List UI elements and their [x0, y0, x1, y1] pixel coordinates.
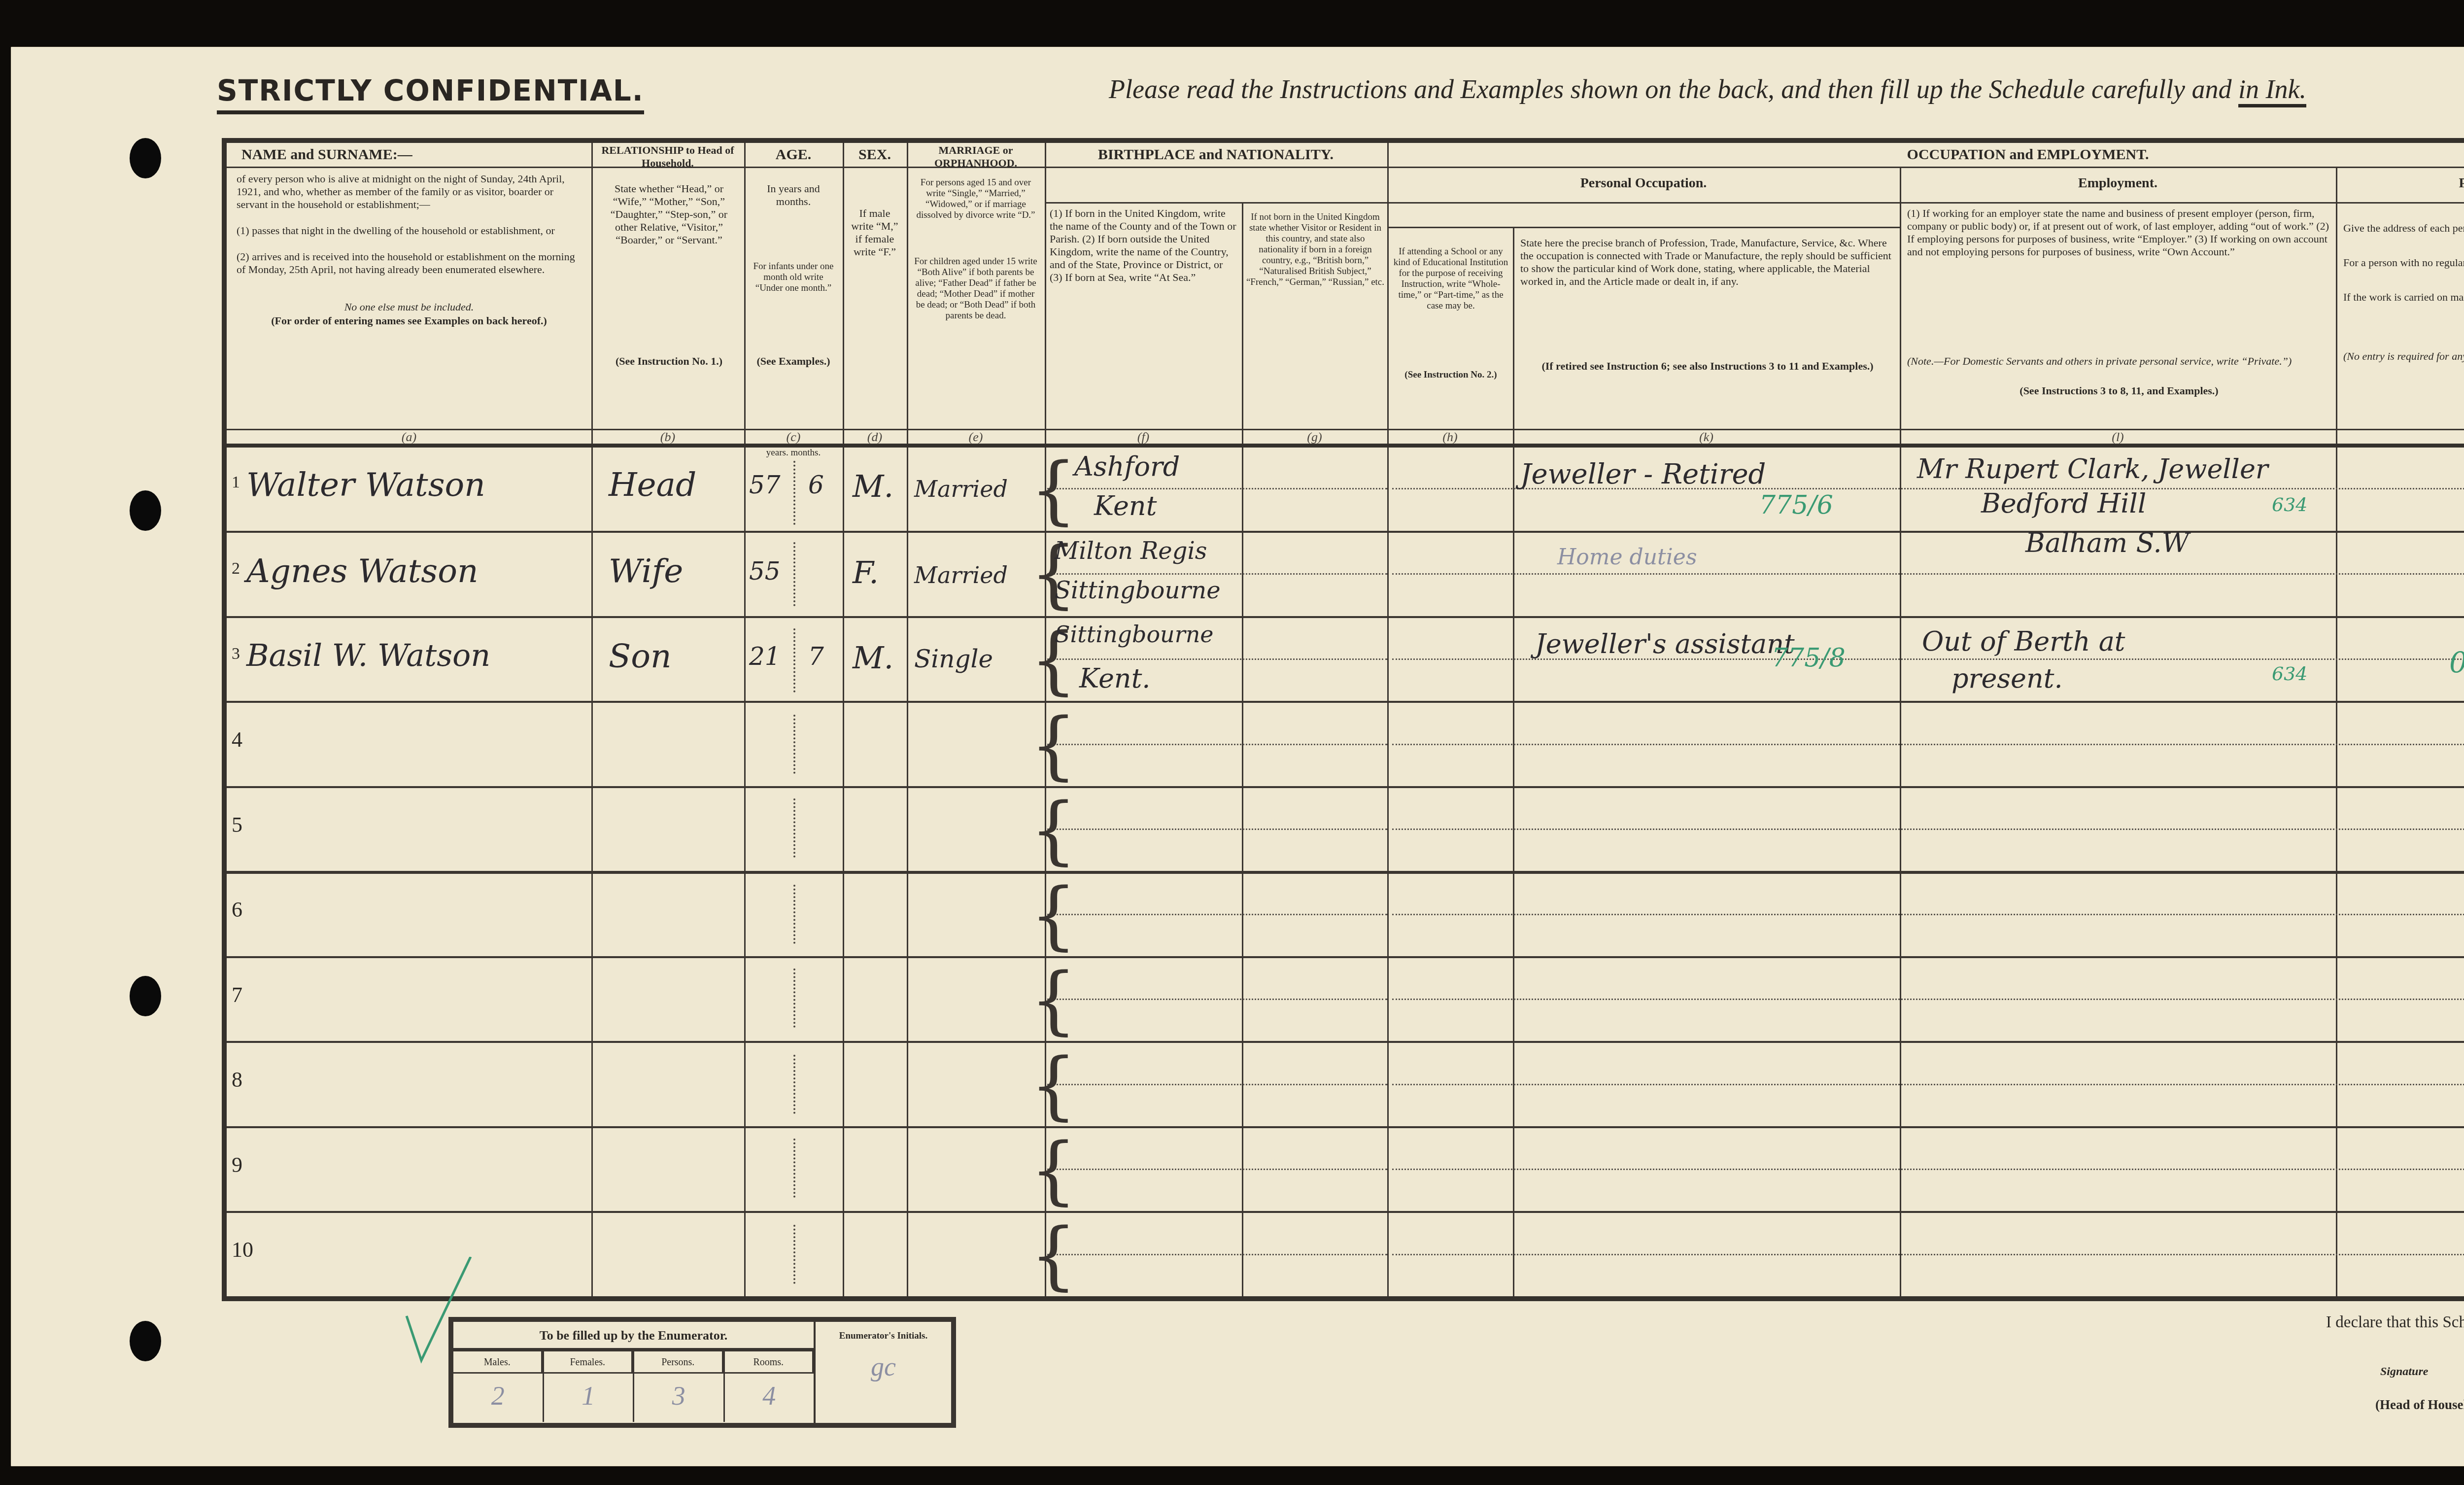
- enumerator-summary-title: To be filled up by the Enumerator.: [453, 1322, 814, 1351]
- relationship-column-body: State whether “Head,” or “Wife,” “Mother…: [599, 182, 739, 246]
- household-schedule-table: NAME and SURNAME:— of every person who i…: [222, 138, 2464, 1301]
- row-number: 5: [232, 812, 242, 837]
- person-sex: M.: [853, 468, 893, 504]
- employment-l-note: (Note.—For Domestic Servants and others …: [1907, 355, 2331, 368]
- months-label: months.: [790, 448, 821, 458]
- employment-code: 634: [2272, 494, 2308, 516]
- mid-row-rule: [1392, 999, 2464, 1000]
- persons-cell: Persons.3: [634, 1351, 725, 1422]
- header-rule: [2336, 202, 2464, 204]
- col-divider: [843, 143, 844, 1296]
- brace-mark: {: [1030, 1134, 1077, 1208]
- occupation-code: 775/8: [1772, 643, 1846, 673]
- column-letter-h: (h): [1387, 430, 1513, 445]
- mid-row-rule: [1047, 914, 1387, 915]
- employment-title: Employment.: [1901, 175, 2335, 191]
- males-count: 2: [453, 1374, 543, 1418]
- person-marital-status: Married: [914, 562, 1008, 588]
- age-divider: [793, 542, 795, 606]
- header-rule: [1045, 202, 1387, 204]
- person-occupation: Home duties: [1557, 545, 1697, 570]
- age-divider: [793, 968, 795, 1028]
- name-column-title: NAME and SURNAME:—: [232, 147, 586, 163]
- age-divider: [793, 1055, 795, 1114]
- row-number: 2: [232, 559, 240, 578]
- row-divider: [227, 1126, 2464, 1128]
- employment-l-body: (1) If working for an employer state the…: [1907, 207, 2331, 258]
- sex-column-body: If male write “M,” if female write “F.”: [849, 207, 901, 258]
- females-cell: Females.1: [544, 1351, 635, 1422]
- brace-mark: {: [1030, 794, 1077, 867]
- header-rule: [1387, 227, 1900, 228]
- person-age-years: 55: [749, 557, 781, 586]
- instruction-line: Please read the Instructions and Example…: [1109, 74, 2306, 104]
- enumerator-summary-box: To be filled up by the Enumerator. Males…: [448, 1317, 956, 1428]
- marriage-adult-rule: For persons aged 15 and over write “Sing…: [913, 177, 1039, 221]
- row-divider: [227, 1211, 2464, 1213]
- person-birthplace-county: Kent.: [1079, 663, 1151, 694]
- rooms-label: Rooms.: [725, 1351, 814, 1374]
- place-m-body-2: For a person with no regular place of wo…: [2343, 256, 2464, 269]
- punch-hole: [130, 138, 161, 178]
- row-number: 10: [232, 1237, 253, 1262]
- col-divider: [1387, 143, 1389, 1296]
- rooms-count: 4: [725, 1374, 814, 1418]
- brace-mark: {: [1030, 879, 1077, 953]
- place-m-body-1: Give the address of each person's place …: [2343, 222, 2464, 235]
- age-column-title: AGE.: [745, 147, 842, 163]
- person-relationship: Head: [609, 466, 696, 504]
- person-birthplace-county: Kent: [1094, 490, 1157, 521]
- age-column-body: In years and months.: [749, 182, 838, 208]
- punch-hole: [130, 490, 161, 531]
- name-column-note: No one else must be included.: [237, 301, 582, 313]
- mid-row-rule: [1047, 1084, 1387, 1085]
- occupation-h-body: If attending a School or any kind of Edu…: [1391, 246, 1511, 311]
- brace-mark: {: [1030, 964, 1077, 1037]
- age-divider: [793, 885, 795, 944]
- mid-row-rule: [1047, 1254, 1387, 1255]
- brace-mark: {: [1030, 1219, 1077, 1293]
- column-letter-b: (b): [591, 430, 744, 445]
- employment-code: 634: [2272, 663, 2308, 685]
- column-letter-d: (d): [843, 430, 907, 445]
- column-letter-k: (k): [1513, 430, 1900, 445]
- person-marital-status: Married: [914, 476, 1008, 502]
- occupation-column-title: OCCUPATION and EMPLOYMENT.: [1388, 147, 2464, 163]
- instruction-ink: in Ink.: [2238, 74, 2306, 107]
- birthplace-f-body: (1) If born in the United Kingdom, write…: [1050, 207, 1237, 284]
- age-divider: [793, 461, 795, 525]
- person-name: Agnes Watson: [246, 552, 478, 590]
- col-divider: [591, 143, 593, 1296]
- header-rule: [1900, 202, 2336, 204]
- person-birthplace-county: Sittingbourne: [1055, 577, 1221, 604]
- occupation-k-body: State here the precise branch of Profess…: [1520, 237, 1895, 288]
- person-occupation: Jeweller's assistant: [1535, 628, 1795, 659]
- birthplace-column-title: BIRTHPLACE and NATIONALITY.: [1046, 147, 1386, 163]
- row-number: 8: [232, 1067, 242, 1092]
- personal-occupation-title: Personal Occupation.: [1388, 175, 1899, 191]
- mid-row-rule: [1392, 573, 2464, 575]
- row-number: 7: [232, 982, 242, 1007]
- females-count: 1: [544, 1374, 633, 1418]
- employment-l-ref: (See Instructions 3 to 8, 11, and Exampl…: [1907, 384, 2331, 397]
- person-age-years: 57: [749, 471, 781, 499]
- years-label: years.: [766, 448, 788, 458]
- relationship-column-ref: (See Instruction No. 1.): [599, 355, 739, 368]
- person-name: Basil W. Watson: [246, 637, 490, 673]
- column-letter-g: (g): [1242, 430, 1387, 445]
- place-m-body-3: If the work is carried on mainly at home…: [2343, 291, 2464, 304]
- person-birthplace-town: Milton Regis: [1055, 537, 1207, 565]
- name-column-rule-1: (1) passes that night in the dwelling of…: [237, 224, 582, 237]
- row-divider: [227, 701, 2464, 703]
- instruction-text: Please read the Instructions and Example…: [1109, 74, 2238, 104]
- column-letter-m: (m): [2336, 430, 2464, 445]
- person-employer-address-2: Balham S.W: [2025, 527, 2189, 558]
- col-divider: [907, 143, 908, 1296]
- rooms-cell: Rooms.4: [725, 1351, 814, 1422]
- initials-value: gc: [816, 1342, 951, 1382]
- name-column-body: of every person who is alive at midnight…: [237, 173, 582, 211]
- age-divider: [793, 628, 795, 692]
- occupation-code: 775/6: [1759, 490, 1833, 520]
- persons-count: 3: [634, 1374, 723, 1418]
- row-number: 3: [232, 645, 240, 663]
- person-age-years: 21: [749, 642, 781, 671]
- birthplace-g-body: If not born in the United Kingdom state …: [1246, 212, 1385, 288]
- mid-row-rule: [1047, 744, 1387, 745]
- females-label: Females.: [544, 1351, 633, 1374]
- column-letter-e: (e): [907, 430, 1045, 445]
- mid-row-rule: [1047, 999, 1387, 1000]
- age-column-ref: (See Examples.): [749, 355, 838, 368]
- initials-label: Enumerator's Initials.: [816, 1322, 951, 1342]
- place-of-work-title: Place of Work.: [2337, 175, 2464, 191]
- relationship-column-title: RELATIONSHIP to Head of Household.: [592, 144, 743, 170]
- sex-column-title: SEX.: [844, 147, 906, 163]
- col-divider: [744, 143, 746, 1296]
- punch-hole: [130, 976, 161, 1016]
- row-divider: [227, 786, 2464, 788]
- mid-row-rule: [1047, 658, 1387, 660]
- age-divider: [793, 1225, 795, 1284]
- punch-hole: [130, 1321, 161, 1361]
- row-number: 4: [232, 727, 242, 752]
- mid-row-rule: [1392, 744, 2464, 745]
- mid-row-rule: [1047, 829, 1387, 830]
- males-label: Males.: [453, 1351, 543, 1374]
- person-sex: M.: [853, 640, 893, 676]
- person-employer-address-1: present.: [1951, 663, 2063, 694]
- row-number: 6: [232, 897, 242, 922]
- mid-row-rule: [1392, 914, 2464, 915]
- person-occupation: Jeweller - Retired: [1520, 458, 1766, 490]
- occupation-h-ref: (See Instruction No. 2.): [1391, 370, 1511, 380]
- place-m-note: (No entry is required for any person who…: [2343, 350, 2464, 363]
- column-letter-a: (a): [227, 430, 591, 445]
- age-divider: [793, 715, 795, 774]
- person-age-months: 7: [808, 642, 824, 671]
- person-relationship: Son: [609, 637, 671, 675]
- column-letter-l: (l): [1900, 430, 2336, 445]
- person-age-months: 6: [808, 471, 824, 499]
- enumerator-initials-cell: Enumerator's Initials. gc: [816, 1322, 951, 1423]
- occupation-k-ref: (If retired see Instruction 6; see also …: [1520, 360, 1895, 373]
- person-name: Walter Watson: [246, 466, 485, 504]
- age-infant-note: For infants under one month old write “U…: [749, 261, 838, 294]
- males-cell: Males.2: [453, 1351, 544, 1422]
- strictly-confidential-heading: STRICTLY CONFIDENTIAL.: [217, 74, 644, 114]
- person-relationship: Wife: [609, 552, 683, 590]
- person-employer: Out of Berth at: [1922, 626, 2125, 657]
- person-employer: Mr Rupert Clark, Jeweller: [1917, 453, 2268, 484]
- column-letter-c: (c): [744, 430, 843, 445]
- row-divider: [227, 616, 2464, 618]
- person-birthplace-town: Ashford: [1074, 451, 1180, 482]
- row-number: 9: [232, 1152, 242, 1177]
- brace-mark: {: [1030, 453, 1077, 527]
- mid-row-rule: [1392, 1084, 2464, 1085]
- marriage-child-rule: For children aged under 15 write “Both A…: [913, 256, 1039, 321]
- mid-row-rule: [1392, 829, 2464, 830]
- brace-mark: {: [1030, 709, 1077, 783]
- signature-label: Signature: [2380, 1365, 2428, 1379]
- name-column-rule-2: (2) arrives and is received into the hou…: [237, 250, 582, 276]
- person-birthplace-town: Sittingbourne: [1055, 621, 1214, 648]
- row-divider: [227, 956, 2464, 958]
- age-divider: [793, 798, 795, 858]
- person-sex: F.: [853, 554, 879, 590]
- declaration-text: I declare that this Schedule is correctl…: [2326, 1313, 2464, 1332]
- mid-row-rule: [1047, 573, 1387, 575]
- marriage-column-title: MARRIAGE or ORPHANHOOD.: [908, 144, 1044, 170]
- person-employer-address-1: Bedford Hill: [1981, 488, 2146, 519]
- mid-row-rule: [1047, 488, 1387, 489]
- header-rule: [227, 167, 2464, 168]
- col-divider: [1242, 202, 1243, 1296]
- name-column-order: (For order of entering names see Example…: [237, 314, 582, 327]
- mid-row-rule: [1047, 1169, 1387, 1170]
- brace-mark: {: [1030, 1049, 1077, 1123]
- persons-label: Persons.: [634, 1351, 723, 1374]
- mid-row-rule: [1392, 1169, 2464, 1170]
- age-divider: [793, 1139, 795, 1198]
- row-divider: [227, 871, 2464, 874]
- mid-row-rule: [1392, 1254, 2464, 1255]
- row-number: 1: [232, 473, 240, 492]
- signature-note: (Head of Household, Manager of Establish…: [2375, 1397, 2464, 1413]
- col-divider: [1513, 227, 1514, 1296]
- age-years-months-label: years. months.: [745, 448, 842, 458]
- column-letter-f: (f): [1045, 430, 1242, 445]
- row-divider: [227, 1041, 2464, 1043]
- place-of-work-code: 00X: [2449, 646, 2464, 679]
- person-marital-status: Single: [914, 645, 993, 673]
